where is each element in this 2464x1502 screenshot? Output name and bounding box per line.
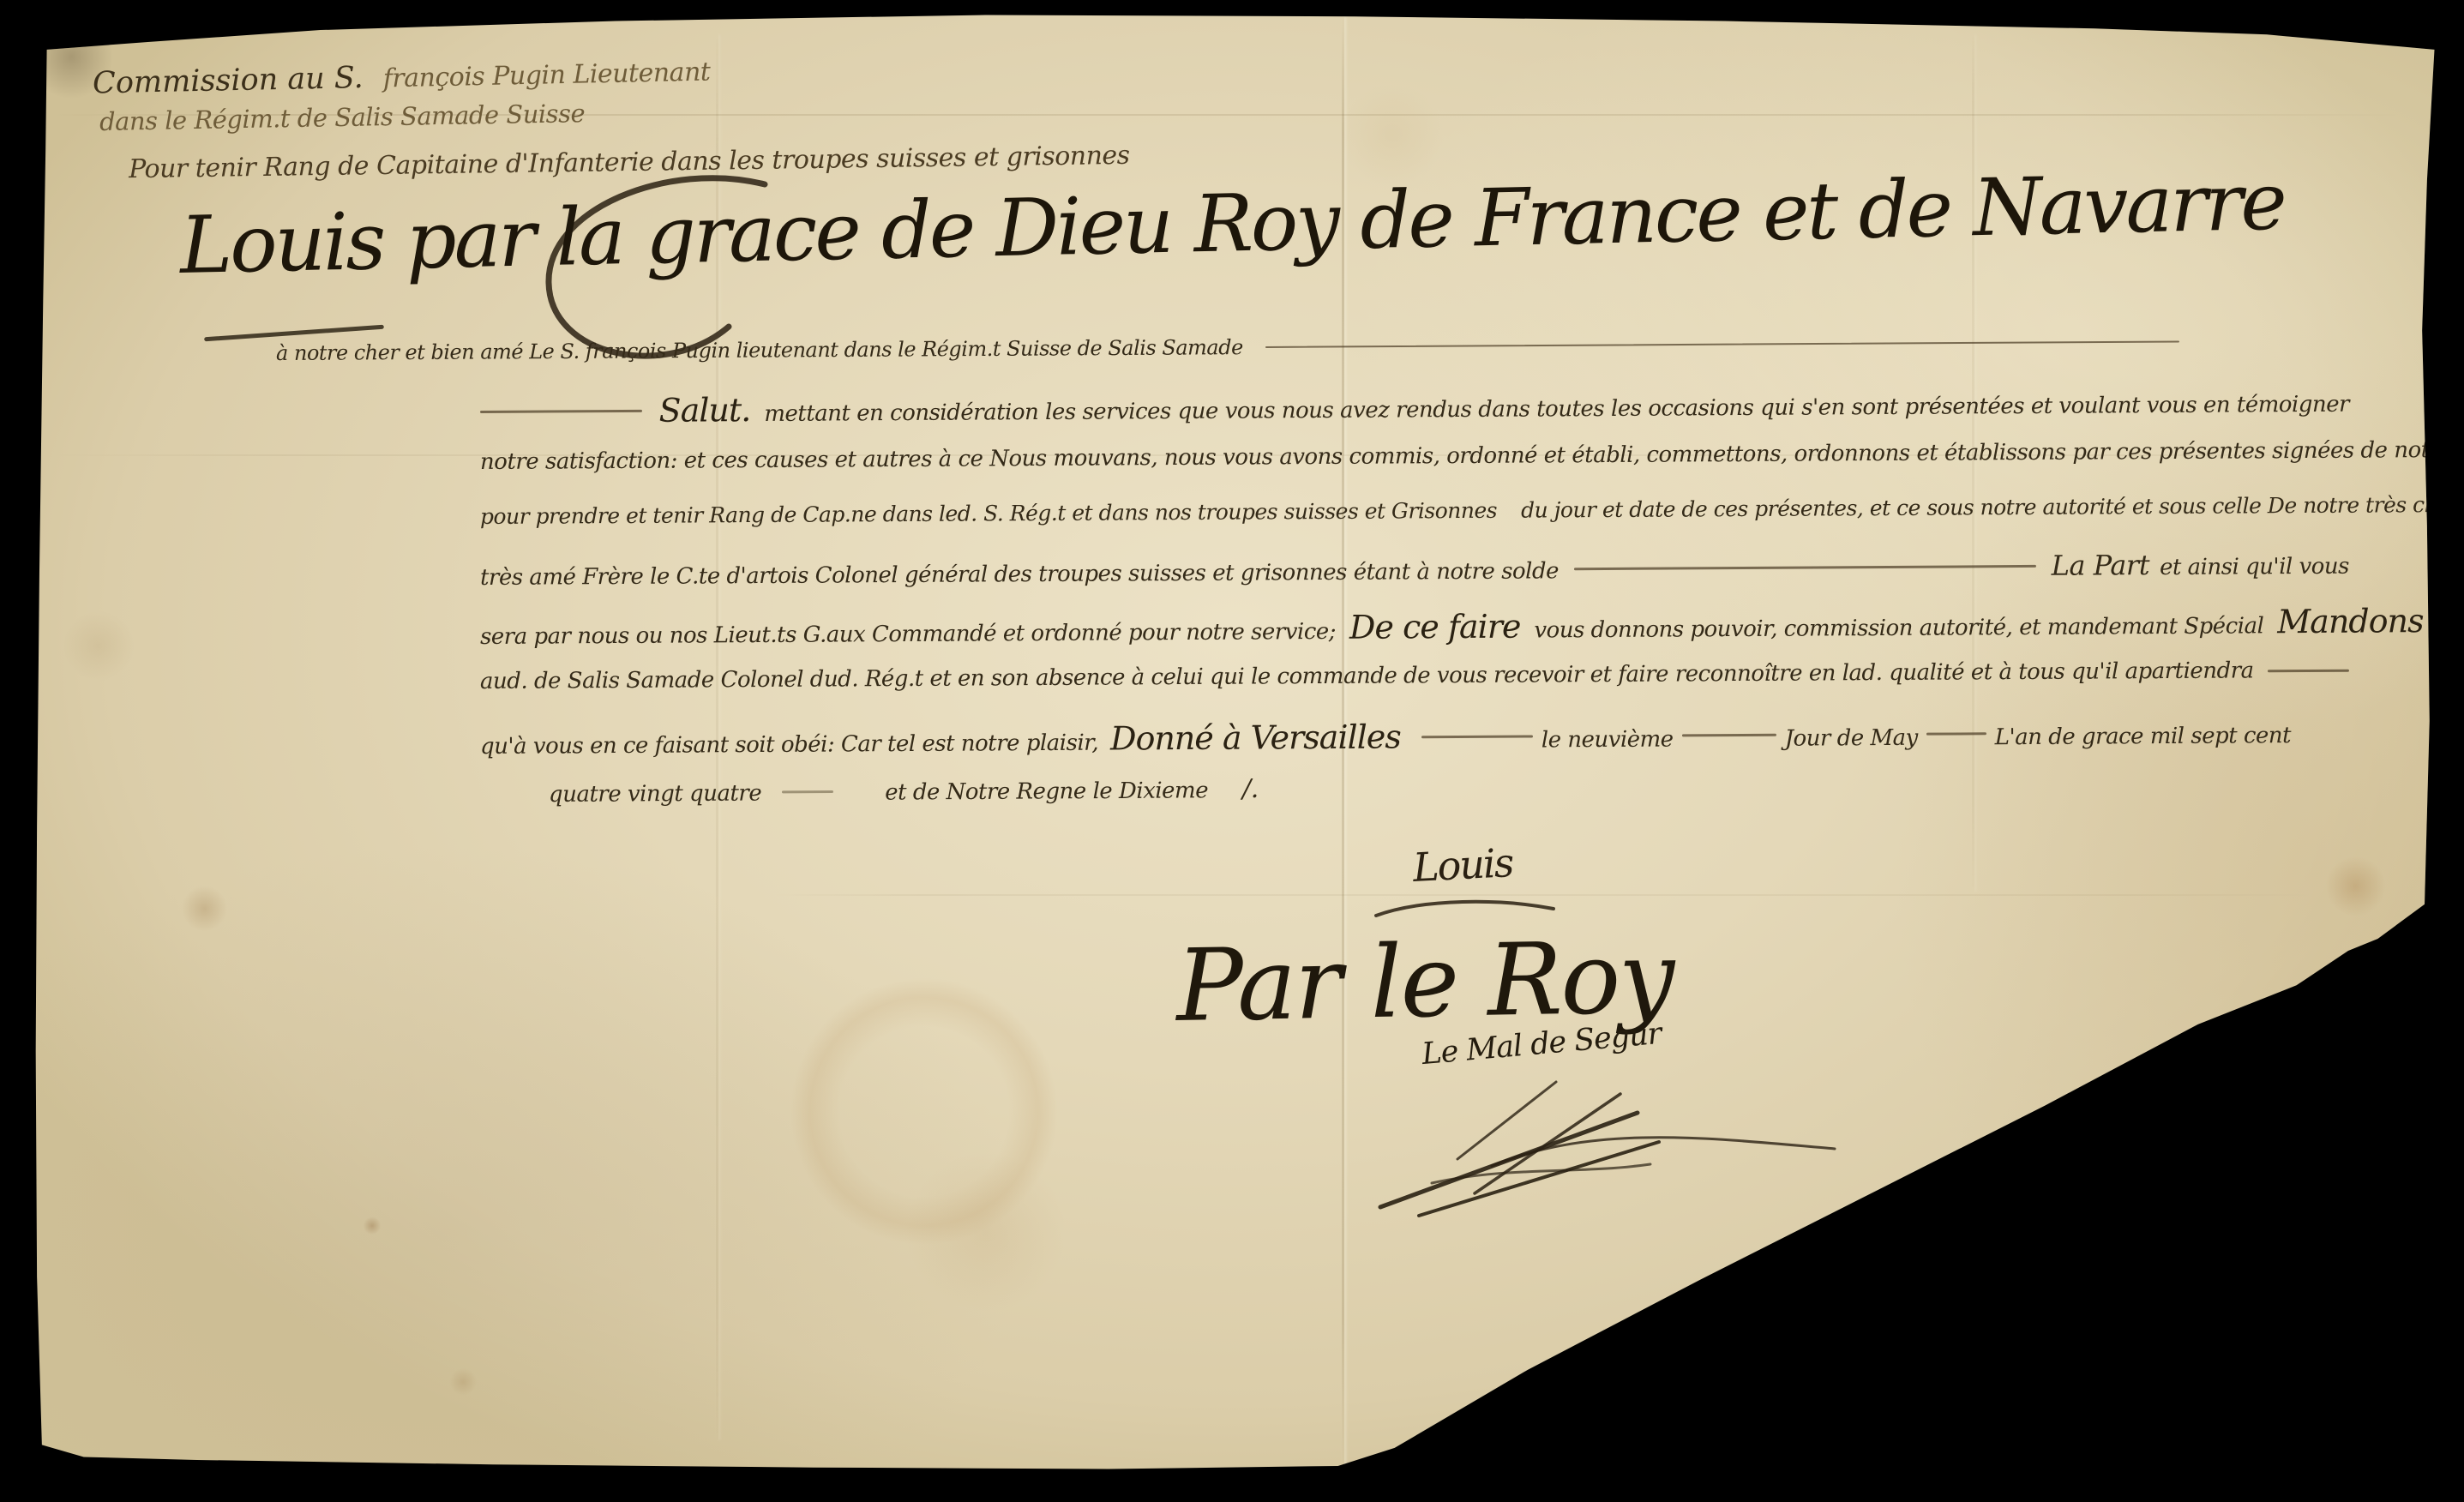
annotation-line-2: dans le Régim.t de Salis Samade Suisse <box>99 99 586 136</box>
body-line-2: notre satisfaction: et ces causes et aut… <box>480 438 2349 475</box>
signature-paraph <box>1355 1063 1852 1226</box>
body-text-7a: qu'à vous en ce faisant soit obéi: Car t… <box>480 730 1098 760</box>
body-text-4c: et ainsi qu'il vous <box>2160 554 2349 580</box>
flourish-line-8 <box>782 790 833 793</box>
body-text-6: aud. de Salis Samade Colonel dud. Rég.t … <box>480 658 2254 694</box>
body-text-1: mettant en considération les services qu… <box>764 392 2349 427</box>
king-signature-flourish <box>1372 897 1560 922</box>
body-text-4a: très amé Frère le C.te d'artois Colonel … <box>480 558 1559 591</box>
scan-background: { "page": { "background": "#000000", "pa… <box>0 0 2464 1502</box>
body-text-3a: pour prendre et tenir Rang de Cap.ne dan… <box>480 498 1497 529</box>
body-line-5: sera par nous ou nos Lieut.ts G.aux Comm… <box>480 603 2349 652</box>
body-line-4: très amé Frère le C.te d'artois Colonel … <box>480 548 2349 592</box>
body-text-7d: Jour de May <box>1785 725 1918 752</box>
body-text-5c: vous donnons pouvoir, commission autorit… <box>1534 613 2263 643</box>
body-text-8c: /. <box>1242 774 1259 804</box>
annotation-name: françois Pugin Lieutenant <box>382 57 710 93</box>
body-line-7: qu'à vous en ce faisant soit obéi: Car t… <box>480 712 2349 761</box>
body-line-6: aud. de Salis Samade Colonel dud. Rég.t … <box>480 658 2349 694</box>
body-text-5a: sera par nous ou nos Lieut.ts G.aux Comm… <box>480 619 1336 650</box>
body-line-3: pour prendre et tenir Rang de Cap.ne dan… <box>480 493 2349 529</box>
fold-crease-horizontal-lower <box>772 894 2315 896</box>
flourish-line-address <box>1265 340 2179 348</box>
flourish-line-7a <box>1421 735 1533 738</box>
flourish-line-7c <box>1926 732 1986 735</box>
address-line: à notre cher et bien amé Le S. françois … <box>276 335 1243 365</box>
body-line-8: quatre vingt quatre et de Notre Regne le… <box>549 774 1259 808</box>
annotation-title: Commission au S. <box>93 61 364 101</box>
body-text-2: notre satisfaction: et ces causes et aut… <box>480 437 2464 475</box>
flourish-line-6 <box>2268 669 2349 672</box>
body-text-3b: du jour et date de ces présentes, et ce … <box>1521 492 2464 523</box>
body-text-4b: La Part <box>2052 549 2150 582</box>
body-text-8b: et de Notre Regne le Dixieme <box>885 778 1208 805</box>
salut-word: Salut. <box>658 391 750 430</box>
body-line-1: Salut. mettant en considération les serv… <box>480 382 2349 430</box>
body-text-7e: L'an de grace mil sept cent <box>1995 723 2291 750</box>
body-text-7b: Donné à Versailles <box>1110 718 1401 757</box>
body-text-5b: De ce faire <box>1349 608 1521 646</box>
body-text-7c: le neuvième <box>1542 726 1674 753</box>
flourish-line-salut <box>480 409 642 412</box>
flourish-line-solde <box>1574 564 2036 569</box>
annotation-line-1: Commission au S. françois Pugin Lieutena… <box>93 53 711 100</box>
body-text-5d: Mandons <box>2277 602 2423 640</box>
body-text-8a: quatre vingt quatre <box>549 780 761 808</box>
flourish-line-7b <box>1682 733 1776 736</box>
heading-swash <box>204 325 384 342</box>
parchment-document: Commission au S. françois Pugin Lieutena… <box>0 0 2464 1502</box>
king-signature: Louis <box>1412 839 1514 891</box>
